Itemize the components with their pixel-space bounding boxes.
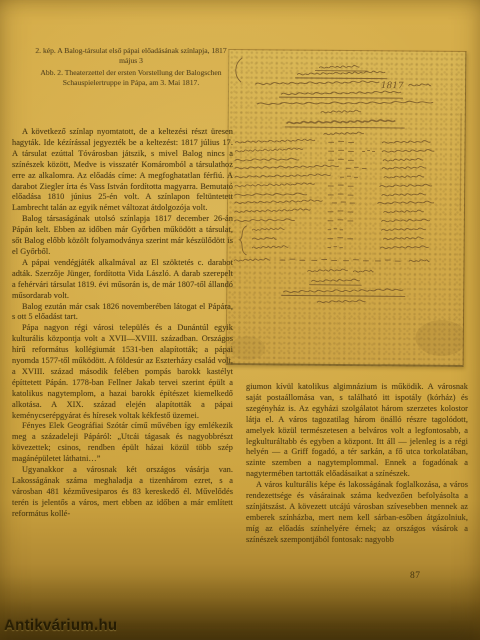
paragraph: A város kulturális képe és lakosságának …: [246, 480, 468, 545]
paragraph: Pápa nagyon régi városi település és a D…: [12, 323, 233, 421]
book-page: 2. kép. A Balog-társulat első pápai előa…: [0, 0, 480, 640]
pen-mark: [236, 58, 242, 82]
playbill-footer-lines: [282, 268, 406, 303]
paragraph: Balog társaságának utolsó színlapja 1817…: [12, 214, 233, 258]
text-column-right: giumon kívül katolikus algimnázium is mű…: [246, 382, 468, 546]
paragraph: giumon kívül katolikus algimnázium is mű…: [246, 382, 468, 480]
figure-caption: 2. kép. A Balog-társulat első pápai előa…: [34, 46, 228, 87]
photo-smudges: [229, 318, 465, 362]
playbill-year-text: 1817: [381, 81, 404, 91]
watermark: Antikvárium.hu: [4, 617, 117, 634]
brace: [239, 226, 246, 255]
paragraph: Ugyanakkor a városnak két országos vásár…: [12, 465, 233, 520]
photo-edge-streak: [460, 114, 461, 211]
handwriting-svg: 1817: [227, 50, 466, 365]
paragraph: Balog ezután már csak 1826 novemberében …: [12, 302, 233, 324]
paragraph: A következő színlap nyomtatott, de a kel…: [12, 127, 233, 214]
handwriting-strokes: [234, 58, 462, 304]
playbill-photo: 1817: [226, 49, 467, 367]
page-number: 87: [410, 571, 421, 581]
text-column-left: A következő színlap nyomtatott, de a kel…: [12, 127, 233, 520]
figure-caption-hungarian: 2. kép. A Balog-társulat első pápai előa…: [34, 46, 228, 65]
playbill-header-lines: [255, 65, 432, 136]
paragraph: A pápai vendégjáték alkalmával az El szö…: [12, 258, 233, 302]
figure-caption-german: Abb. 2. Theaterzettel der ersten Vorstel…: [34, 68, 228, 87]
playbill-cast-list: [234, 138, 434, 262]
paragraph: Fényes Elek Geográfiai Szótár című művéb…: [12, 421, 233, 465]
